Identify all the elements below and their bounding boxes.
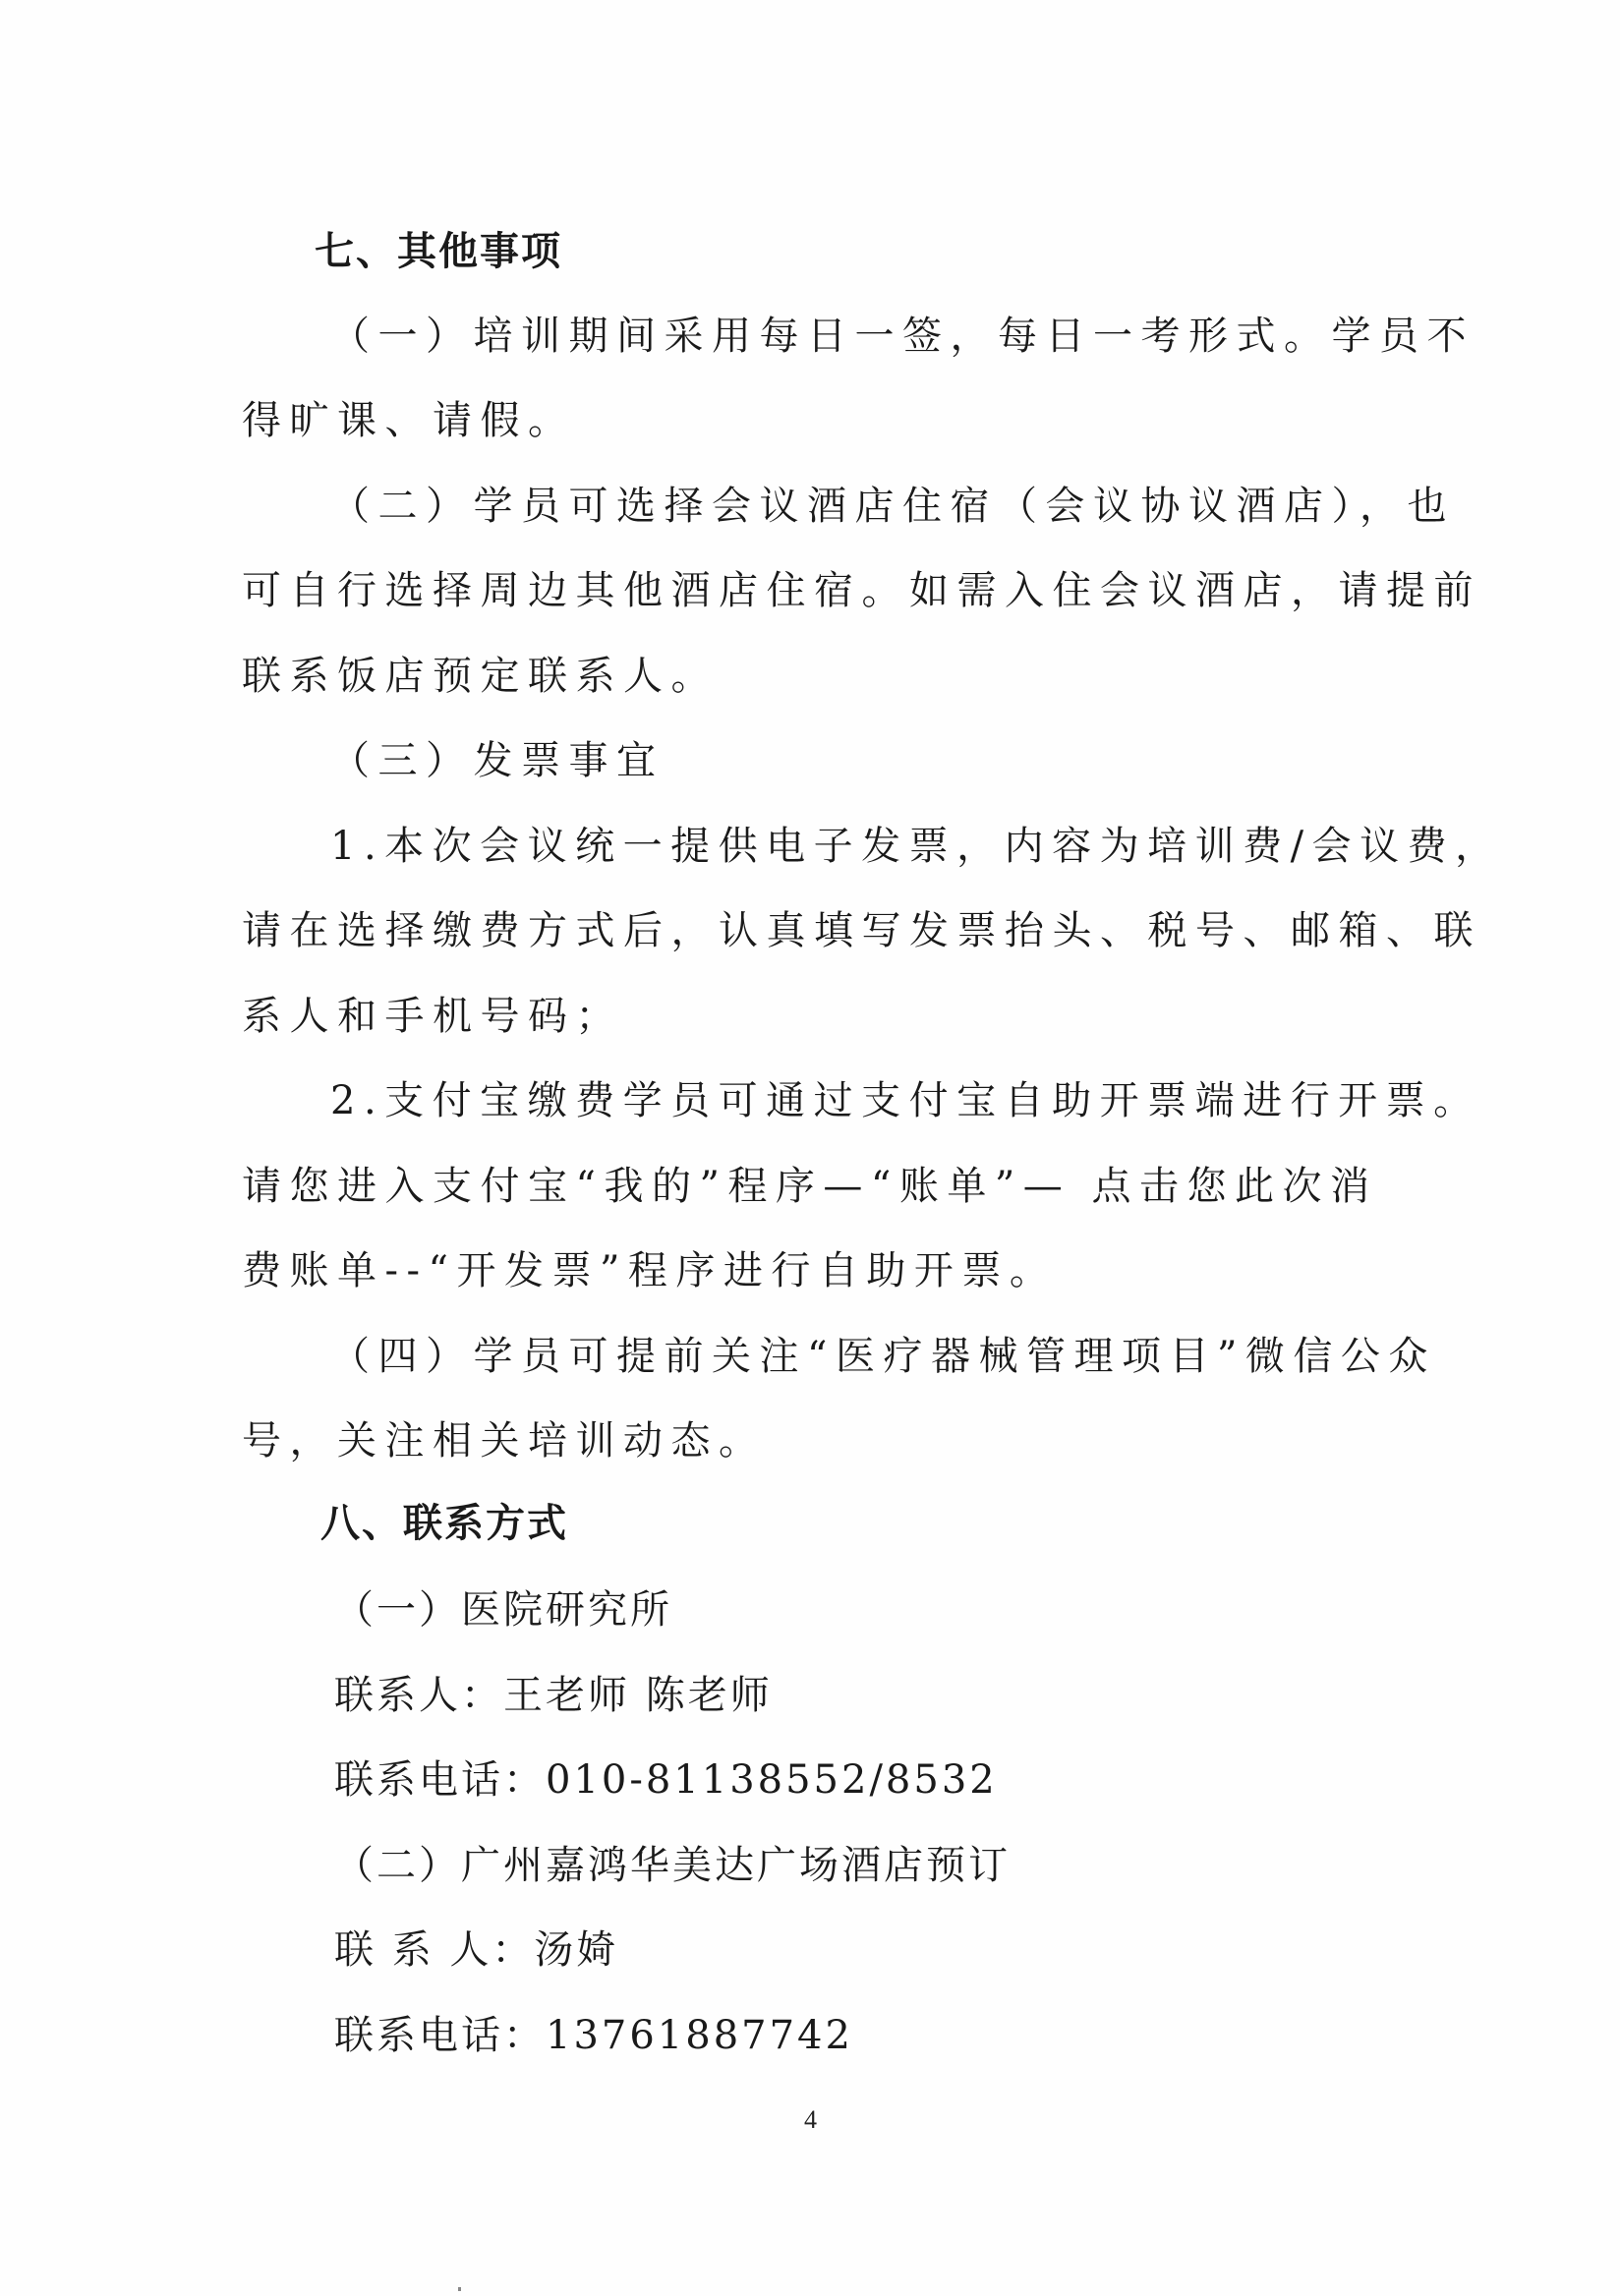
item2-line2: 可自行选择周边其他酒店住宿。如需入住会议酒店，请提前 <box>242 563 1392 618</box>
item4-line1: （四）学员可提前关注“医疗器械管理项目”微信公众 <box>330 1329 1480 1384</box>
invoice-point2-line3: 费账单--“开发票”程序进行自助开票。 <box>242 1243 1392 1298</box>
contact1-title: （一）医院研究所 <box>334 1582 1484 1637</box>
contact1-person: 联系人：王老师 陈老师 <box>334 1668 1484 1723</box>
invoice-point2-line2: 请您进入支付宝“我的”程序—“账单”— 点击您此次消 <box>242 1159 1392 1214</box>
item3-title: （三）发票事宜 <box>330 733 1480 788</box>
contact2-phone: 联系电话：13761887742 <box>334 2008 1484 2063</box>
item2-line1: （二）学员可选择会议酒店住宿（会议协议酒店），也 <box>330 479 1480 534</box>
section-heading-contact: 八、联系方式 <box>320 1496 1471 1551</box>
scan-speck <box>458 2287 461 2291</box>
page-number: 4 <box>804 2105 817 2135</box>
section-heading-other-matters: 七、其他事项 <box>315 224 1465 279</box>
invoice-point1-line3: 系人和手机号码； <box>242 989 1392 1044</box>
document-page: 七、其他事项 （一）培训期间采用每日一签，每日一考形式。学员不 得旷课、请假。 … <box>0 0 1620 2296</box>
item1-line2: 得旷课、请假。 <box>242 393 1392 448</box>
invoice-point2-line1: 2.支付宝缴费学员可通过支付宝自助开票端进行开票。 <box>330 1073 1480 1128</box>
contact1-phone: 联系电话：010-81138552/8532 <box>334 1752 1484 1808</box>
item2-line3: 联系饭店预定联系人。 <box>242 649 1392 704</box>
item4-line2: 号，关注相关培训动态。 <box>242 1413 1392 1468</box>
invoice-point1-line2: 请在选择缴费方式后，认真填写发票抬头、税号、邮箱、联 <box>242 903 1392 958</box>
invoice-point1-line1: 1.本次会议统一提供电子发票，内容为培训费/会议费， <box>330 819 1480 874</box>
item1-line1: （一）培训期间采用每日一签，每日一考形式。学员不 <box>330 309 1480 364</box>
contact2-person: 联 系 人：汤婍 <box>334 1923 1484 1978</box>
contact2-title: （二）广州嘉鸿华美达广场酒店预订 <box>334 1838 1484 1893</box>
